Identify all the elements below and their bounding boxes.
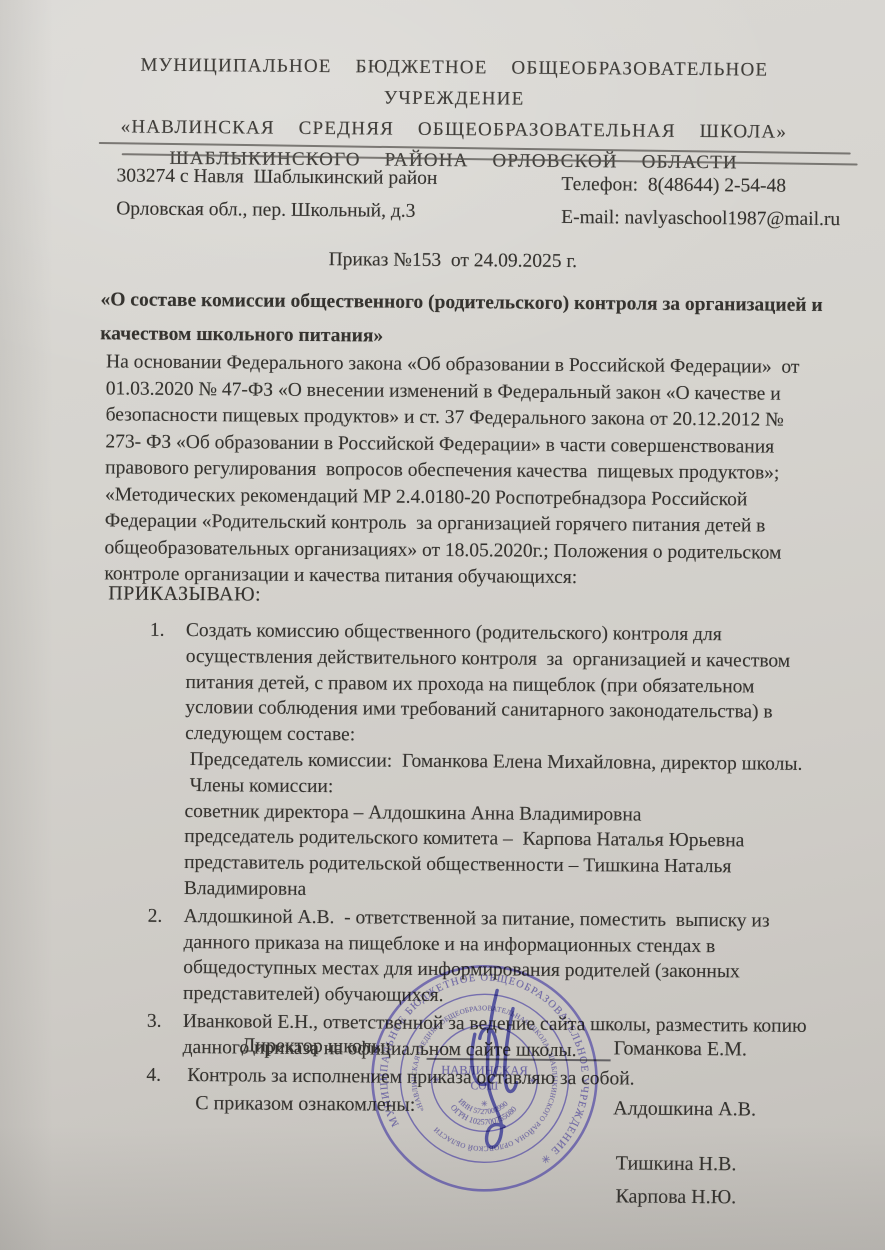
item-number: 4. xyxy=(146,1062,182,1088)
director-name: Гоманкова Е.М. xyxy=(614,1037,747,1061)
signature-scribble-icon xyxy=(434,982,565,1173)
acknowledged-name-3: Карпова Н.Ю. xyxy=(615,1185,736,1209)
order-number-line: Приказ №153 от 24.09.2025 г. xyxy=(73,247,833,275)
director-signature xyxy=(434,982,565,1173)
order-subject: «О составе комиссии общественного (родит… xyxy=(100,283,825,357)
acknowledged-name-2: Тишкина Н.В. xyxy=(616,1152,737,1176)
item-number: 2. xyxy=(147,903,184,1006)
order-item-1: 1. Создать комиссию общественного (родит… xyxy=(148,618,814,907)
item-number: 1. xyxy=(148,618,186,902)
address-line2: Орловская обл., пер. Школьный, д.3 xyxy=(116,192,476,228)
acknowledged-name-1: Алдошкина А.В. xyxy=(613,1097,756,1121)
org-name-line1: МУНИЦИПАЛЬНОЕ БЮДЖЕТНОЕ ОБЩЕОБРАЗОВАТЕЛЬ… xyxy=(74,49,834,117)
contact-block: Телефон: 8(48644) 2-54-48 E-mail: navlya… xyxy=(561,168,862,236)
phone-line: Телефон: 8(48644) 2-54-48 xyxy=(561,168,861,203)
commission-member-3: представитель родительской общественност… xyxy=(184,850,812,907)
address-block: 303274 с Навля Шаблыкинский район Орловс… xyxy=(116,159,477,228)
order-preamble: На основании Федерального закона «Об обр… xyxy=(104,349,820,593)
resolve-word: ПРИКАЗЫВАЮ: xyxy=(108,582,261,606)
document-page: МУНИЦИПАЛЬНОЕ БЮДЖЕТНОЕ ОБЩЕОБРАЗОВАТЕЛЬ… xyxy=(0,0,885,1250)
item-text: Создать комиссию общественного (родитель… xyxy=(185,618,814,752)
item-number: 3. xyxy=(147,1009,183,1061)
address-line1: 303274 с Навля Шаблыкинский район xyxy=(116,159,476,195)
email-line: E-mail: navlyaschool1987@mail.ru xyxy=(561,201,861,236)
